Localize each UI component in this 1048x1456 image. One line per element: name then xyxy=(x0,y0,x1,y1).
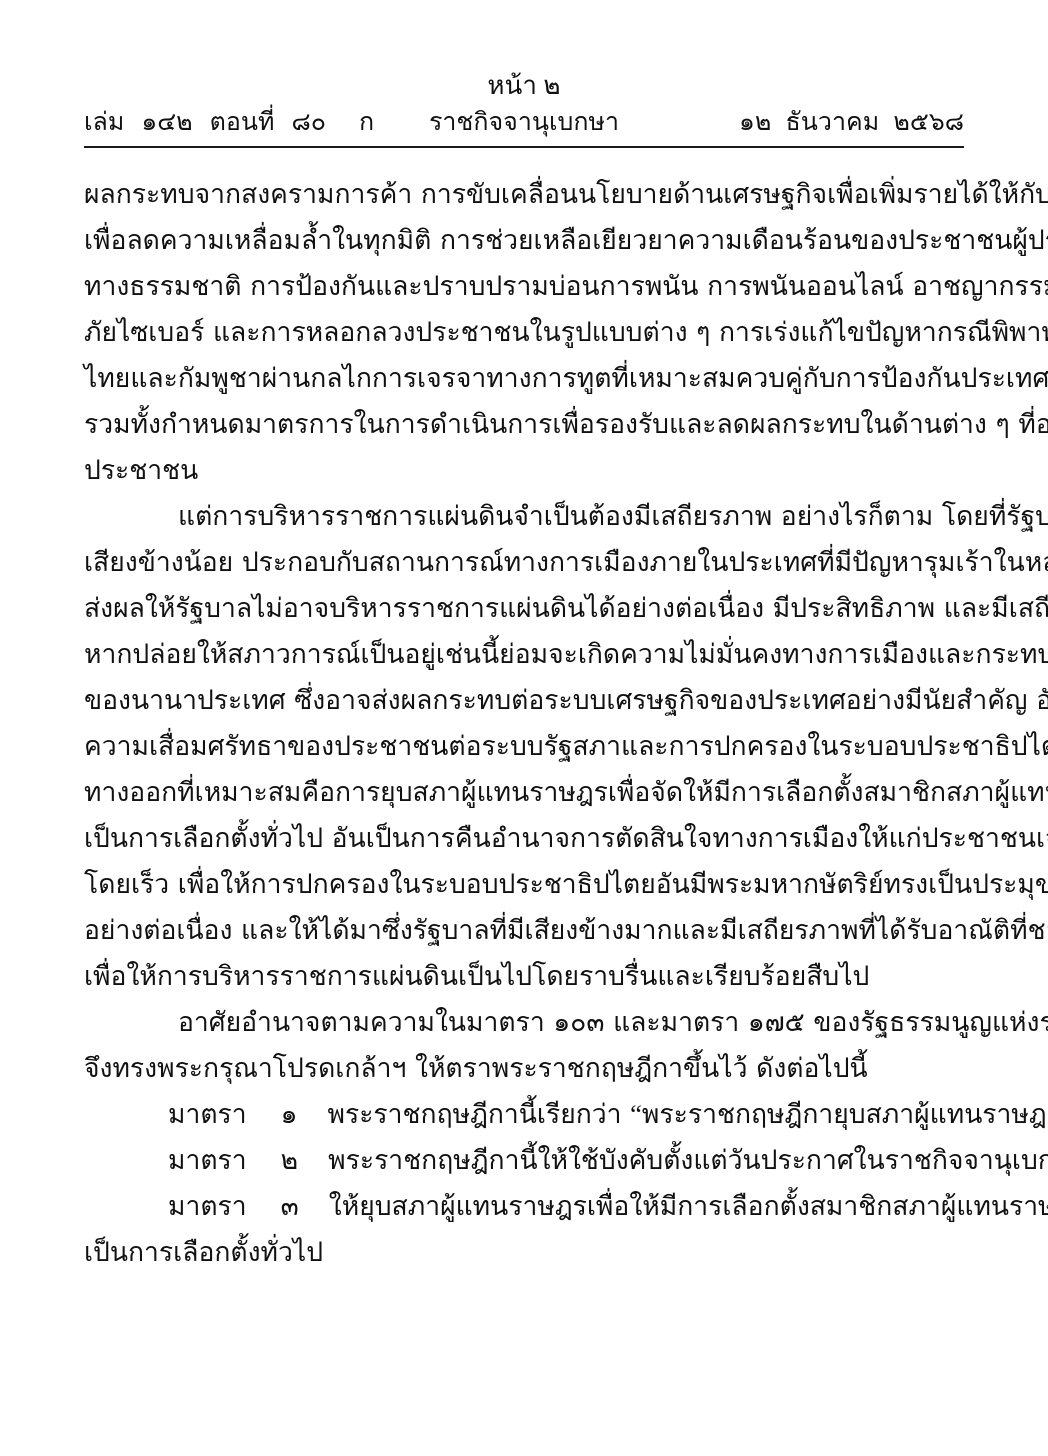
article-label: มาตรา xyxy=(168,1191,247,1221)
page-content: หน้า ๒ เล่ม ๑๔๒ ตอนที่ ๘๐ ก ราชกิจจานุเบ… xyxy=(84,68,964,1275)
body-line: ทางออกที่เหมาะสมคือการยุบสภาผู้แทนราษฎรเ… xyxy=(84,769,964,815)
article-number: ๓ xyxy=(281,1191,299,1221)
body-line: เพื่อลดความเหลื่อมล้ำในทุกมิติ การช่วยเห… xyxy=(84,217,964,263)
decree-body: ผลกระทบจากสงครามการค้า การขับเคลื่อนนโยบ… xyxy=(84,171,964,1275)
body-line: เพื่อให้การบริหารราชการแผ่นดินเป็นไปโดยร… xyxy=(84,953,964,999)
body-line: ภัยไซเบอร์ และการหลอกลวงประชาชนในรูปแบบต… xyxy=(84,309,964,355)
body-line: เสียงข้างน้อย ประกอบกับสถานการณ์ทางการเม… xyxy=(84,539,964,585)
body-line: ไทยและกัมพูชาผ่านกลไกการเจรจาทางการทูตที… xyxy=(84,355,964,401)
article-label: มาตรา xyxy=(168,1099,247,1129)
article-text: พระราชกฤษฎีกานี้ให้ใช้บังคับตั้งแต่วันปร… xyxy=(328,1145,1048,1175)
body-line: จึงทรงพระกรุณาโปรดเกล้าฯ ให้ตราพระราชกฤษ… xyxy=(84,1045,964,1091)
body-line: ประชาชน xyxy=(84,447,964,493)
article-number: ๒ xyxy=(281,1145,298,1175)
article-2: มาตรา๒พระราชกฤษฎีกานี้ให้ใช้บังคับตั้งแต… xyxy=(84,1137,964,1183)
body-line-paragraph-start: แต่การบริหารราชการแผ่นดินจำเป็นต้องมีเสถ… xyxy=(84,493,964,539)
article-3-continuation: เป็นการเลือกตั้งทั่วไป xyxy=(84,1229,964,1275)
article-3: มาตรา๓ให้ยุบสภาผู้แทนราษฎรเพื่อให้มีการเ… xyxy=(84,1183,964,1229)
body-line-paragraph-start: อาศัยอำนาจตามความในมาตรา ๑๐๓ และมาตรา ๑๗… xyxy=(84,999,964,1045)
body-line: หากปล่อยให้สภาวการณ์เป็นอยู่เช่นนี้ย่อมจ… xyxy=(84,631,964,677)
article-number: ๑ xyxy=(281,1099,298,1129)
article-text: พระราชกฤษฎีกานี้เรียกว่า “พระราชกฤษฎีกาย… xyxy=(328,1099,1048,1129)
body-line: ผลกระทบจากสงครามการค้า การขับเคลื่อนนโยบ… xyxy=(84,171,964,217)
page-number: หน้า ๒ xyxy=(84,68,964,106)
header-rule xyxy=(84,146,964,148)
body-line: เป็นการเลือกตั้งทั่วไป อันเป็นการคืนอำนา… xyxy=(84,815,964,861)
gazette-page: หน้า ๒ เล่ม ๑๔๒ ตอนที่ ๘๐ ก ราชกิจจานุเบ… xyxy=(0,0,1048,1456)
body-line: ทางธรรมชาติ การป้องกันและปราบปรามบ่อนการ… xyxy=(84,263,964,309)
body-line: ของนานาประเทศ ซึ่งอาจส่งผลกระทบต่อระบบเศ… xyxy=(84,677,964,723)
masthead: เล่ม ๑๔๒ ตอนที่ ๘๐ ก ราชกิจจานุเบกษา ๑๒ … xyxy=(84,106,964,142)
gazette-title: ราชกิจจานุเบกษา xyxy=(84,106,964,140)
article-label: มาตรา xyxy=(168,1145,247,1175)
body-line: อย่างต่อเนื่อง และให้ได้มาซึ่งรัฐบาลที่ม… xyxy=(84,907,964,953)
body-line: ความเสื่อมศรัทธาของประชาชนต่อระบบรัฐสภาแ… xyxy=(84,723,964,769)
article-text: ให้ยุบสภาผู้แทนราษฎรเพื่อให้มีการเลือกตั… xyxy=(329,1191,1048,1221)
body-line: ส่งผลให้รัฐบาลไม่อาจบริหารราชการแผ่นดินไ… xyxy=(84,585,964,631)
body-line: โดยเร็ว เพื่อให้การปกครองในระบอบประชาธิป… xyxy=(84,861,964,907)
article-1: มาตรา๑พระราชกฤษฎีกานี้เรียกว่า “พระราชกฤ… xyxy=(84,1091,964,1137)
body-line: รวมทั้งกำหนดมาตรการในการดำเนินการเพื่อรอ… xyxy=(84,401,964,447)
